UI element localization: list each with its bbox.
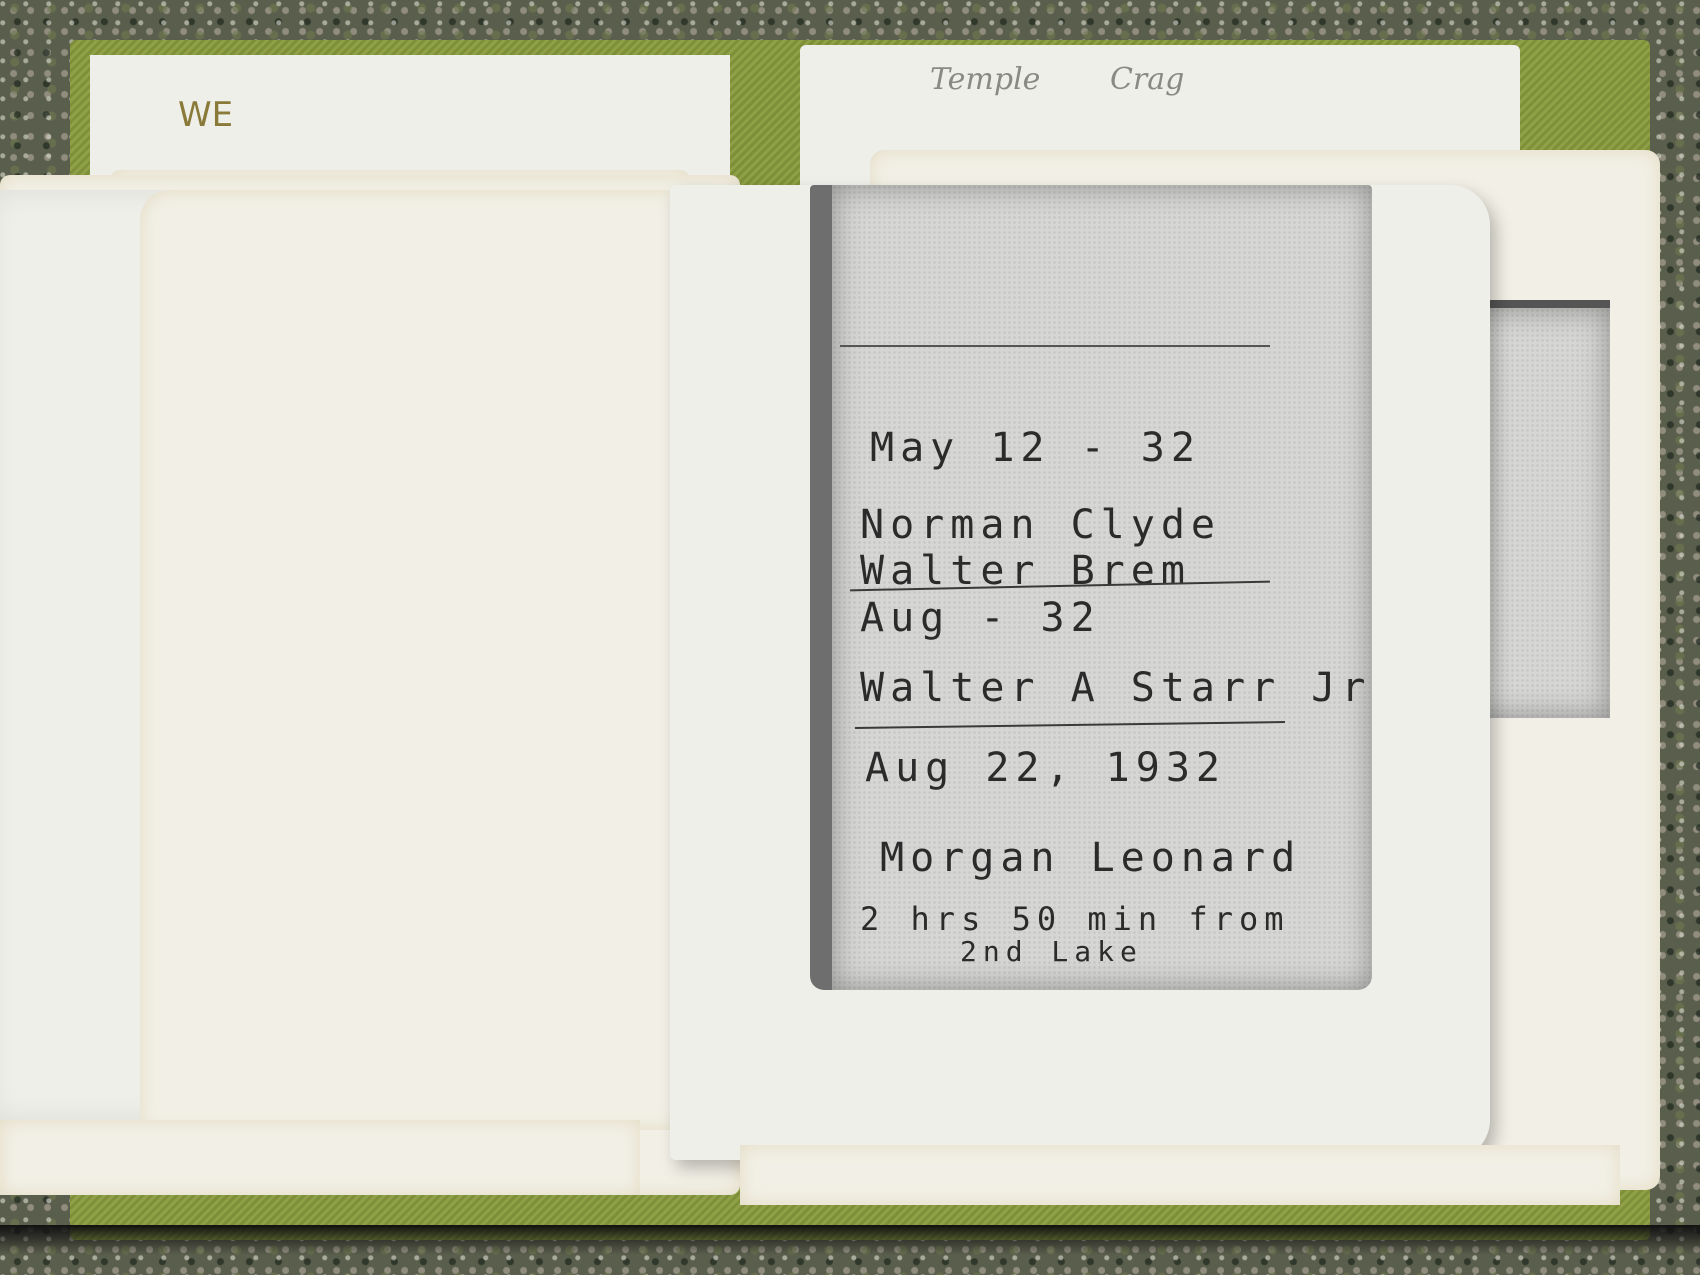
entry-3-date: Aug 22, 1932 xyxy=(865,745,1226,791)
entry-3-note-1: 2 hrs 50 min from xyxy=(860,900,1290,938)
photocopy-fold xyxy=(840,345,1270,347)
entry-1-date: May 12 - 32 xyxy=(870,425,1201,471)
back-left-note: WE xyxy=(178,95,233,135)
entry-2-date: Aug - 32 xyxy=(860,595,1101,641)
entry-3-note-2: 2nd Lake xyxy=(960,935,1143,968)
entry-2-name-1: Walter A Starr Jr xyxy=(860,665,1371,711)
bottom-page-edges xyxy=(740,1145,1620,1205)
bottom-shadow xyxy=(0,1225,1700,1255)
entry-3-name-1: Morgan Leonard xyxy=(880,835,1301,881)
bottom-left-edge xyxy=(0,1120,640,1195)
entry-1-name-1: Norman Clyde xyxy=(860,502,1221,548)
back-right-title: Temple Crag xyxy=(930,62,1184,97)
left-page-inner xyxy=(140,190,740,1130)
